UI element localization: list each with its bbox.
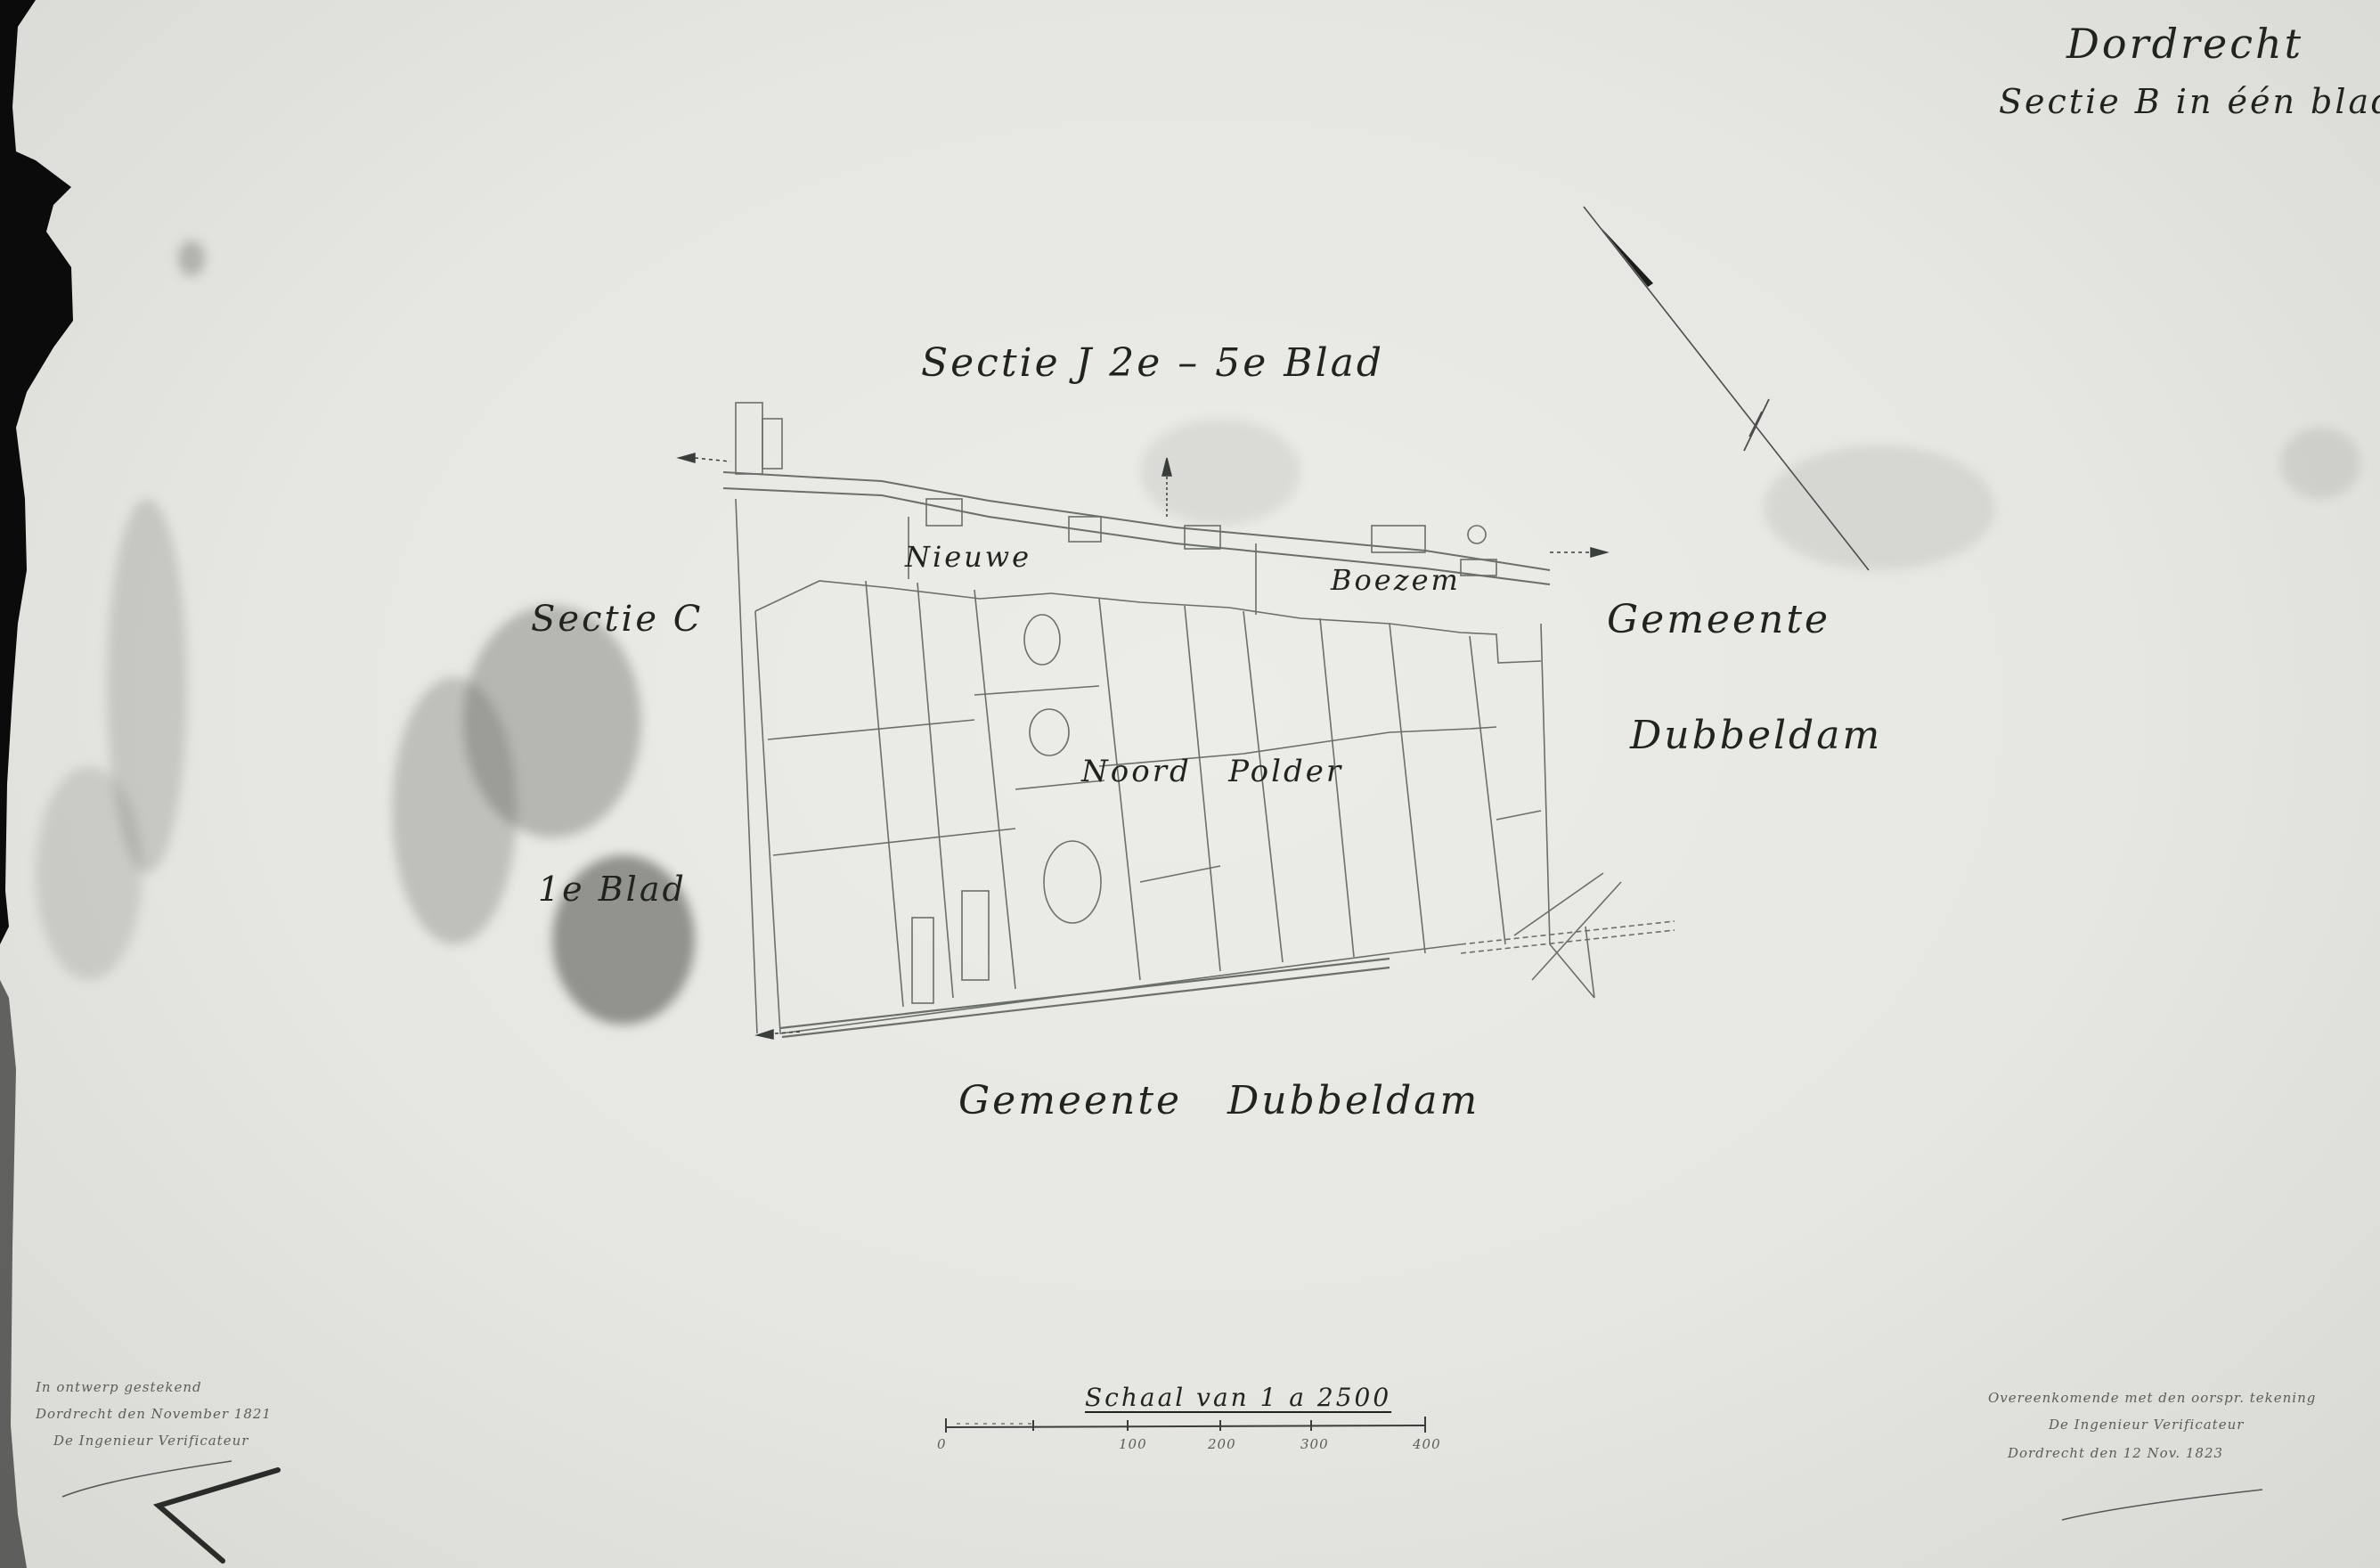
scale-tick-4: 400 [1413, 1436, 1441, 1452]
label-area-boezem: Boezem [1331, 563, 1461, 597]
meridian-line [1584, 207, 1869, 570]
note-left-line-2: Dordrecht den November 1821 [36, 1406, 272, 1422]
scale-tick-3: 300 [1300, 1436, 1329, 1452]
scale-tick-0: 0 [937, 1436, 947, 1452]
scale-tick-1: 100 [1119, 1436, 1147, 1452]
label-west-neighbor-2: 1e Blad [538, 870, 687, 909]
map-title-city: Dordrecht [2066, 20, 2303, 68]
note-right-line-2: De Ingenieur Verificateur [2049, 1417, 2244, 1433]
divider-tool [159, 1470, 278, 1561]
label-south-neighbor: Gemeente Dubbeldam [958, 1078, 1479, 1123]
note-left-line-3: De Ingenieur Verificateur [53, 1433, 249, 1449]
label-west-neighbor-1: Sectie C [531, 599, 703, 640]
map-title-section: Sectie B in één blad [1999, 82, 2380, 121]
scale-bar [946, 1417, 1425, 1433]
label-east-neighbor-1: Gemeente [1607, 597, 1830, 642]
label-area-polder: Noord Polder [1081, 754, 1343, 789]
label-east-neighbor-2: Dubbeldam [1630, 713, 1882, 758]
scale-label: Schaal van 1 a 2500 [1085, 1383, 1391, 1412]
note-right-line-1: Overeenkomende met den oorspr. tekening [1988, 1390, 2316, 1406]
note-right-line-3: Dordrecht den 12 Nov. 1823 [2008, 1445, 2223, 1461]
scale-tick-2: 200 [1208, 1436, 1236, 1452]
map-sheet: Dordrecht Sectie B in één blad Sectie J … [0, 0, 2380, 1568]
label-area-nieuwe: Nieuwe [905, 540, 1031, 574]
label-north-neighbor: Sectie J 2e – 5e Blad [921, 340, 1384, 386]
note-left-line-1: In ontwerp gestekend [36, 1379, 202, 1395]
